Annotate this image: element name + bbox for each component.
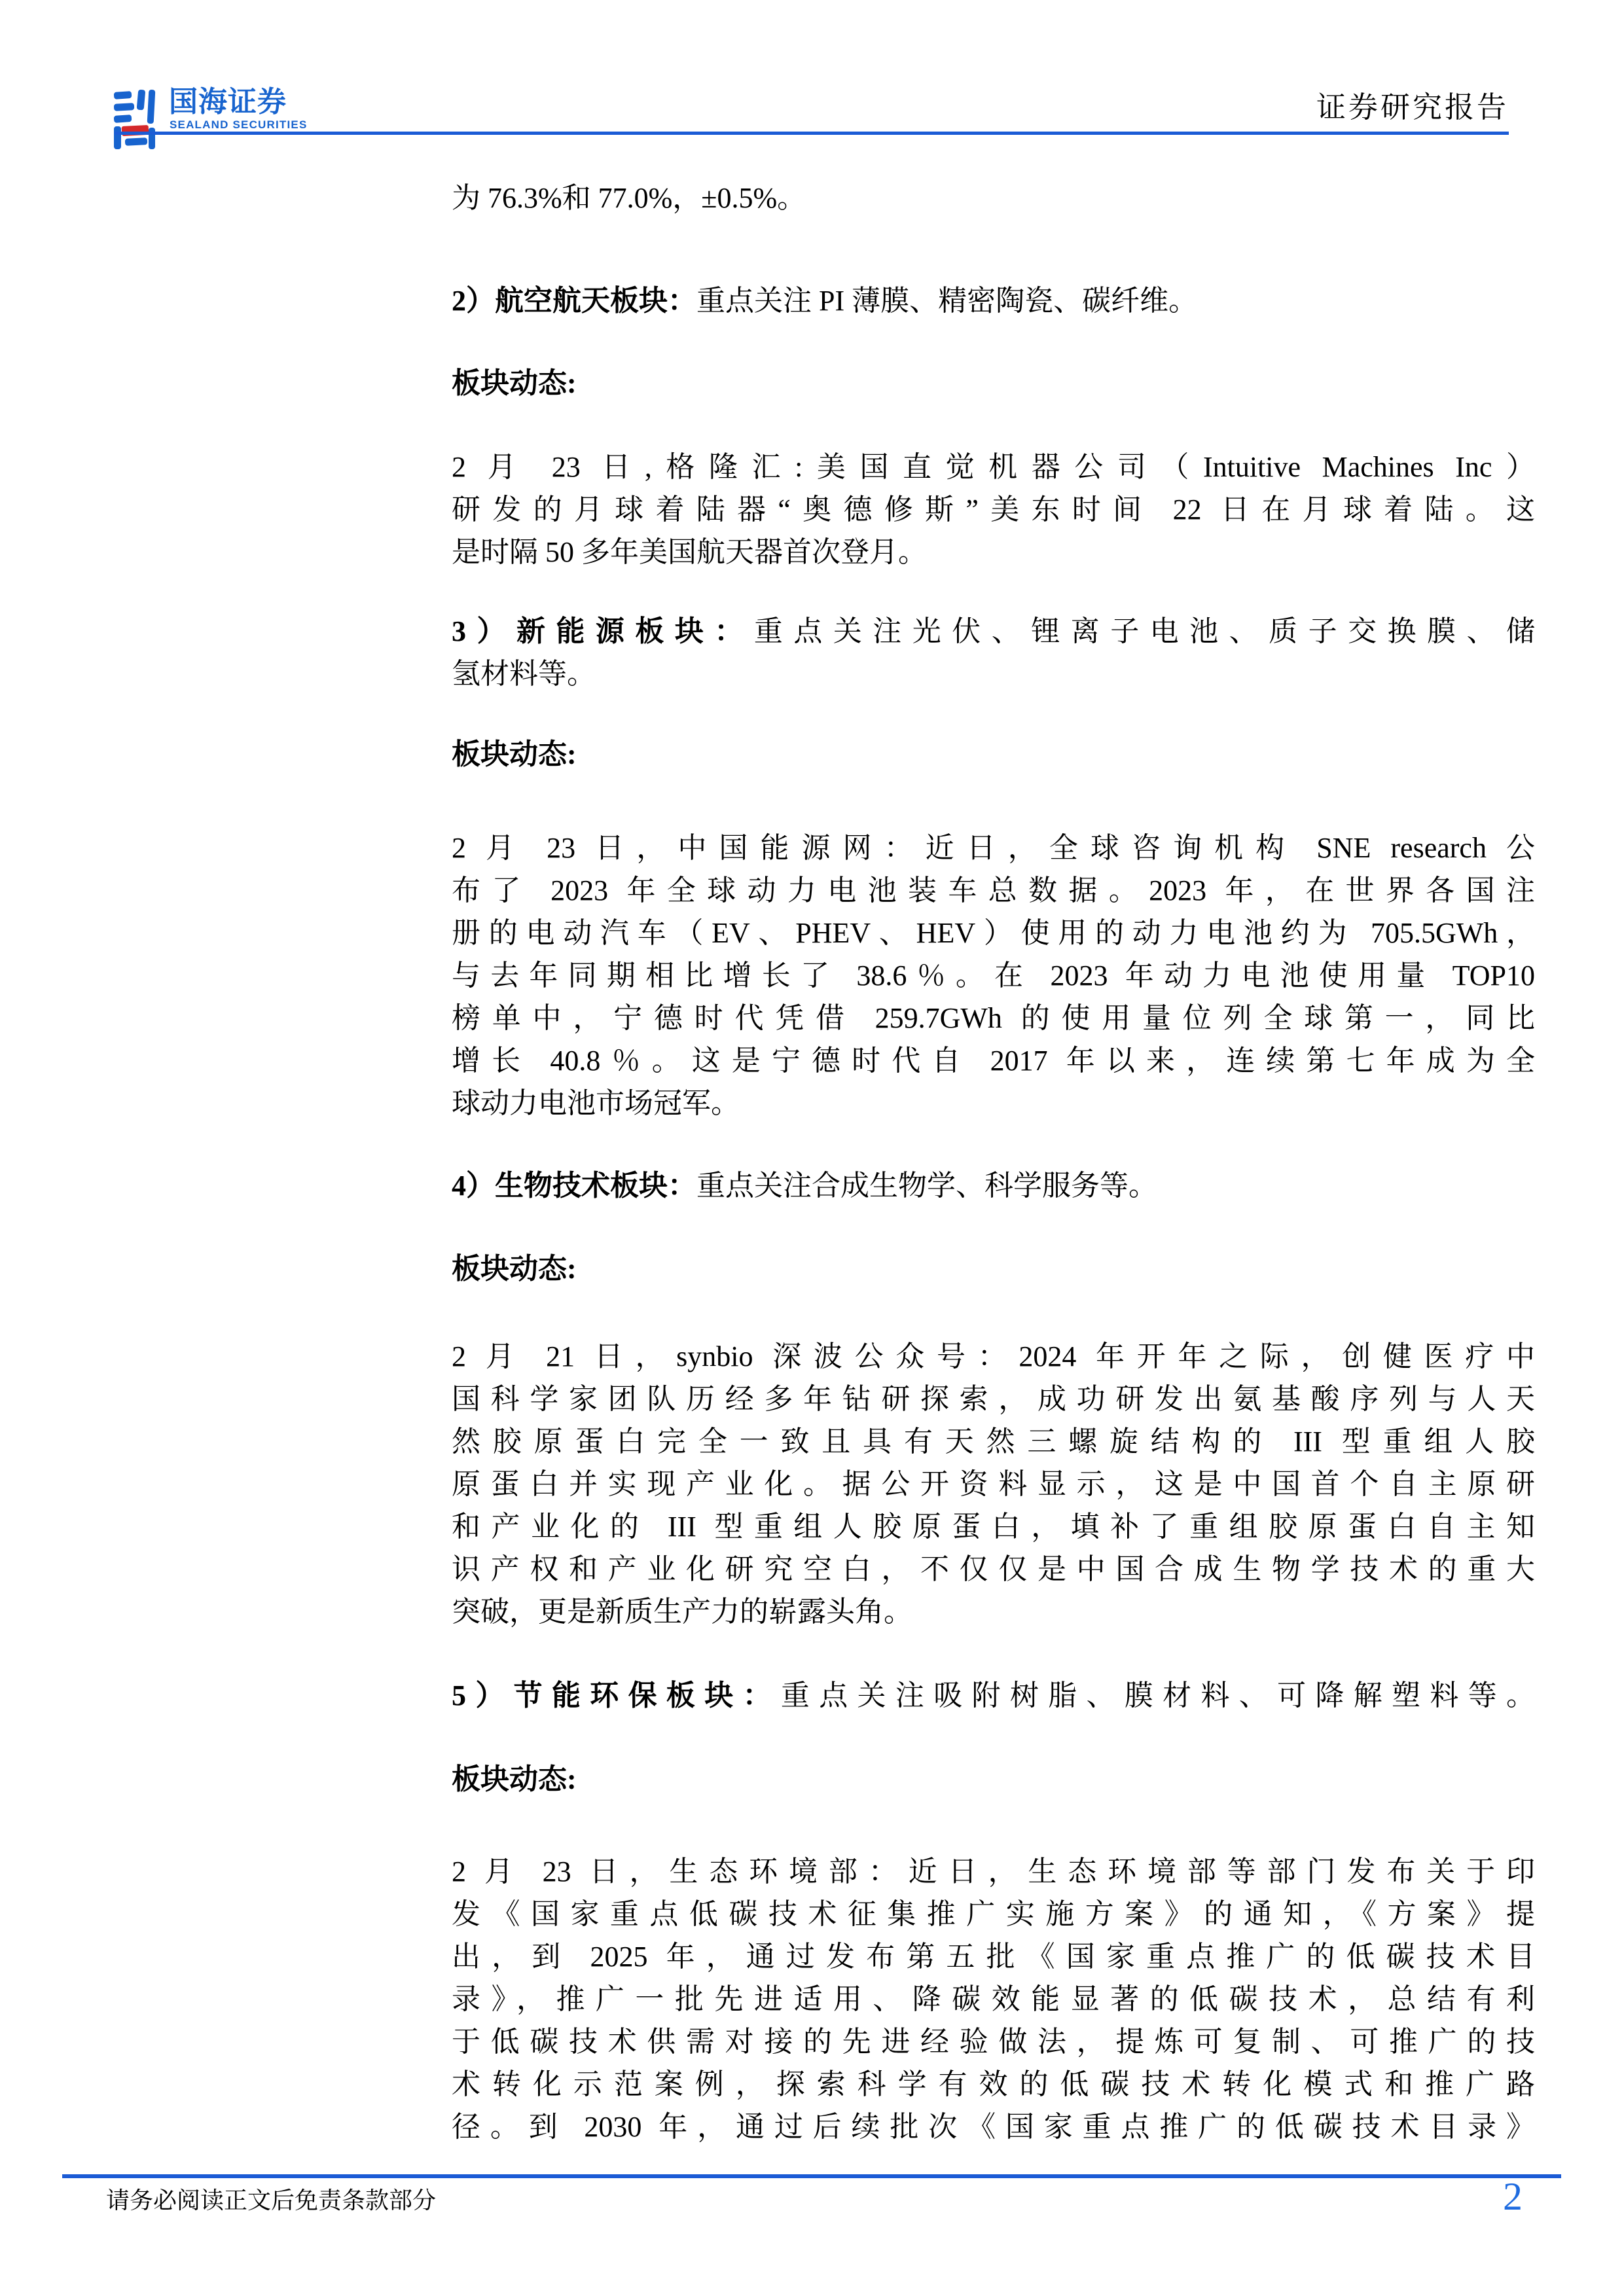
subsection-label: 板块动态:	[452, 1758, 1535, 1801]
text-line: 然胶原蛋白完全一致且具有天然三螺旋结构的 III 型重组人胶	[452, 1420, 1535, 1463]
section-aerospace-subhead: 板块动态:	[452, 362, 1535, 404]
section-title: 5）节能环保板块：	[452, 1679, 781, 1712]
page-number: 2	[1503, 2176, 1523, 2217]
intro-paragraph: 为 76.3%和 77.0%，±0.5%。	[452, 177, 1535, 219]
report-page: 国海证券 SEALAND SECURITIES 证券研究报告 为 76.3%和 …	[0, 0, 1624, 2296]
report-type-label: 证券研究报告	[1316, 90, 1509, 124]
section-environment-heading: 5）节能环保板块：重点关注吸附树脂、膜材料、可降解塑料等。	[452, 1674, 1535, 1717]
text-line: 3）新能源板块：重点关注光伏、锂离子电池、质子交换膜、储	[452, 610, 1535, 653]
text-line: 球动力电池市场冠军。	[452, 1082, 1535, 1124]
section-aerospace-heading: 2）航空航天板块：重点关注 PI 薄膜、精密陶瓷、碳纤维。	[452, 279, 1535, 322]
text-line: 和产业化的 III 型重组人胶原蛋白，填补了重组胶原蛋白自主知	[452, 1505, 1535, 1548]
text-line: 2 月 21 日，synbio 深波公众号：2024 年开年之际，创健医疗中	[452, 1335, 1535, 1378]
text-line: 氢材料等。	[452, 653, 1535, 695]
footer-disclaimer: 请务必阅读正文后免责条款部分	[106, 2186, 436, 2215]
text-line: 突破，更是新质生产力的崭露头角。	[452, 1590, 1535, 1633]
logo-company-name: 国海证券	[169, 86, 287, 118]
text-line: 原蛋白并实现产业化。据公开资料显示，这是中国首个自主原研	[452, 1463, 1535, 1505]
text-line: 发《国家重点低碳技术征集推广实施方案》的通知，《方案》提	[452, 1893, 1535, 1935]
text-line: 榜单中，宁德时代凭借 259.7GWh 的使用量位列全球第一，同比	[452, 997, 1535, 1039]
text-line: 2 月 23 日,格隆汇:美国直觉机器公司（Intuitive Machines…	[452, 446, 1535, 488]
subsection-label: 板块动态:	[452, 1247, 1535, 1290]
text-line: 录》，推广一批先进适用、降碳效能显著的低碳技术，总结有利	[452, 1978, 1535, 2020]
section-biotech-subhead: 板块动态:	[452, 1247, 1535, 1290]
text-line: 5）节能环保板块：重点关注吸附树脂、膜材料、可降解塑料等。	[452, 1674, 1535, 1717]
section-environment-subhead: 板块动态:	[452, 1758, 1535, 1801]
section-environment-news: 2 月 23 日，生态环境部：近日，生态环境部等部门发布关于印 发《国家重点低碳…	[452, 1850, 1535, 2148]
subsection-label: 板块动态:	[452, 733, 1535, 776]
sealand-logo-icon	[113, 88, 156, 151]
text-line: 是时隔 50 多年美国航天器首次登月。	[452, 531, 1535, 573]
text-line: 增长 40.8％。这是宁德时代自 2017 年以来，连续第七年成为全	[452, 1039, 1535, 1082]
section-title: 3）新能源板块：	[452, 615, 754, 647]
subsection-label: 板块动态:	[452, 362, 1535, 404]
section-biotech-news: 2 月 21 日，synbio 深波公众号：2024 年开年之际，创健医疗中 国…	[452, 1335, 1535, 1633]
section-newenergy-news: 2 月 23 日，中国能源网：近日，全球咨询机构 SNE research 公 …	[452, 827, 1535, 1124]
text-line: 2 月 23 日，中国能源网：近日，全球咨询机构 SNE research 公	[452, 827, 1535, 869]
logo-company-name-en: SEALAND SECURITIES	[170, 119, 308, 131]
section-newenergy-heading: 3）新能源板块：重点关注光伏、锂离子电池、质子交换膜、储 氢材料等。	[452, 610, 1535, 695]
section-title: 2）航空航天板块：	[452, 285, 696, 317]
section-aerospace-news: 2 月 23 日,格隆汇:美国直觉机器公司（Intuitive Machines…	[452, 446, 1535, 573]
text-line: 研发的月球着陆器“奥德修斯”美东时间 22 日在月球着陆。这	[452, 488, 1535, 531]
section-title: 4）生物技术板块：	[452, 1170, 696, 1202]
text-line: 出，到 2025 年，通过发布第五批《国家重点推广的低碳技术目	[452, 1935, 1535, 1978]
section-title-rest: 重点关注合成生物学、科学服务等。	[696, 1170, 1157, 1202]
text-line: 为 76.3%和 77.0%，±0.5%。	[452, 177, 1535, 219]
text-line: 4）生物技术板块：重点关注合成生物学、科学服务等。	[452, 1164, 1535, 1207]
header-divider	[115, 132, 1509, 135]
text-line: 于低碳技术供需对接的先进经验做法，提炼可复制、可推广的技	[452, 2020, 1535, 2063]
section-title-rest: 重点关注 PI 薄膜、精密陶瓷、碳纤维。	[696, 285, 1197, 317]
section-title-rest: 重点关注光伏、锂离子电池、质子交换膜、储	[754, 615, 1535, 647]
text-line: 识产权和产业化研究空白，不仅仅是中国合成生物学技术的重大	[452, 1548, 1535, 1590]
section-biotech-heading: 4）生物技术板块：重点关注合成生物学、科学服务等。	[452, 1164, 1535, 1207]
text-line: 2）航空航天板块：重点关注 PI 薄膜、精密陶瓷、碳纤维。	[452, 279, 1535, 322]
text-line: 2 月 23 日，生态环境部：近日，生态环境部等部门发布关于印	[452, 1850, 1535, 1893]
text-line: 术转化示范案例，探索科学有效的低碳技术转化模式和推广路	[452, 2063, 1535, 2106]
text-line: 布了 2023 年全球动力电池装车总数据。2023 年，在世界各国注	[452, 869, 1535, 912]
text-line: 国科学家团队历经多年钻研探索，成功研发出氨基酸序列与人天	[452, 1378, 1535, 1420]
text-line: 径。到 2030 年，通过后续批次《国家重点推广的低碳技术目录》	[452, 2106, 1535, 2148]
text-line: 与去年同期相比增长了 38.6％。在 2023 年动力电池使用量 TOP10	[452, 954, 1535, 997]
section-title-rest: 重点关注吸附树脂、膜材料、可降解塑料等。	[781, 1679, 1535, 1712]
section-newenergy-subhead: 板块动态:	[452, 733, 1535, 776]
footer-divider	[62, 2174, 1561, 2178]
text-line: 册的电动汽车（EV、PHEV、HEV）使用的动力电池约为 705.5GWh，	[452, 912, 1535, 954]
